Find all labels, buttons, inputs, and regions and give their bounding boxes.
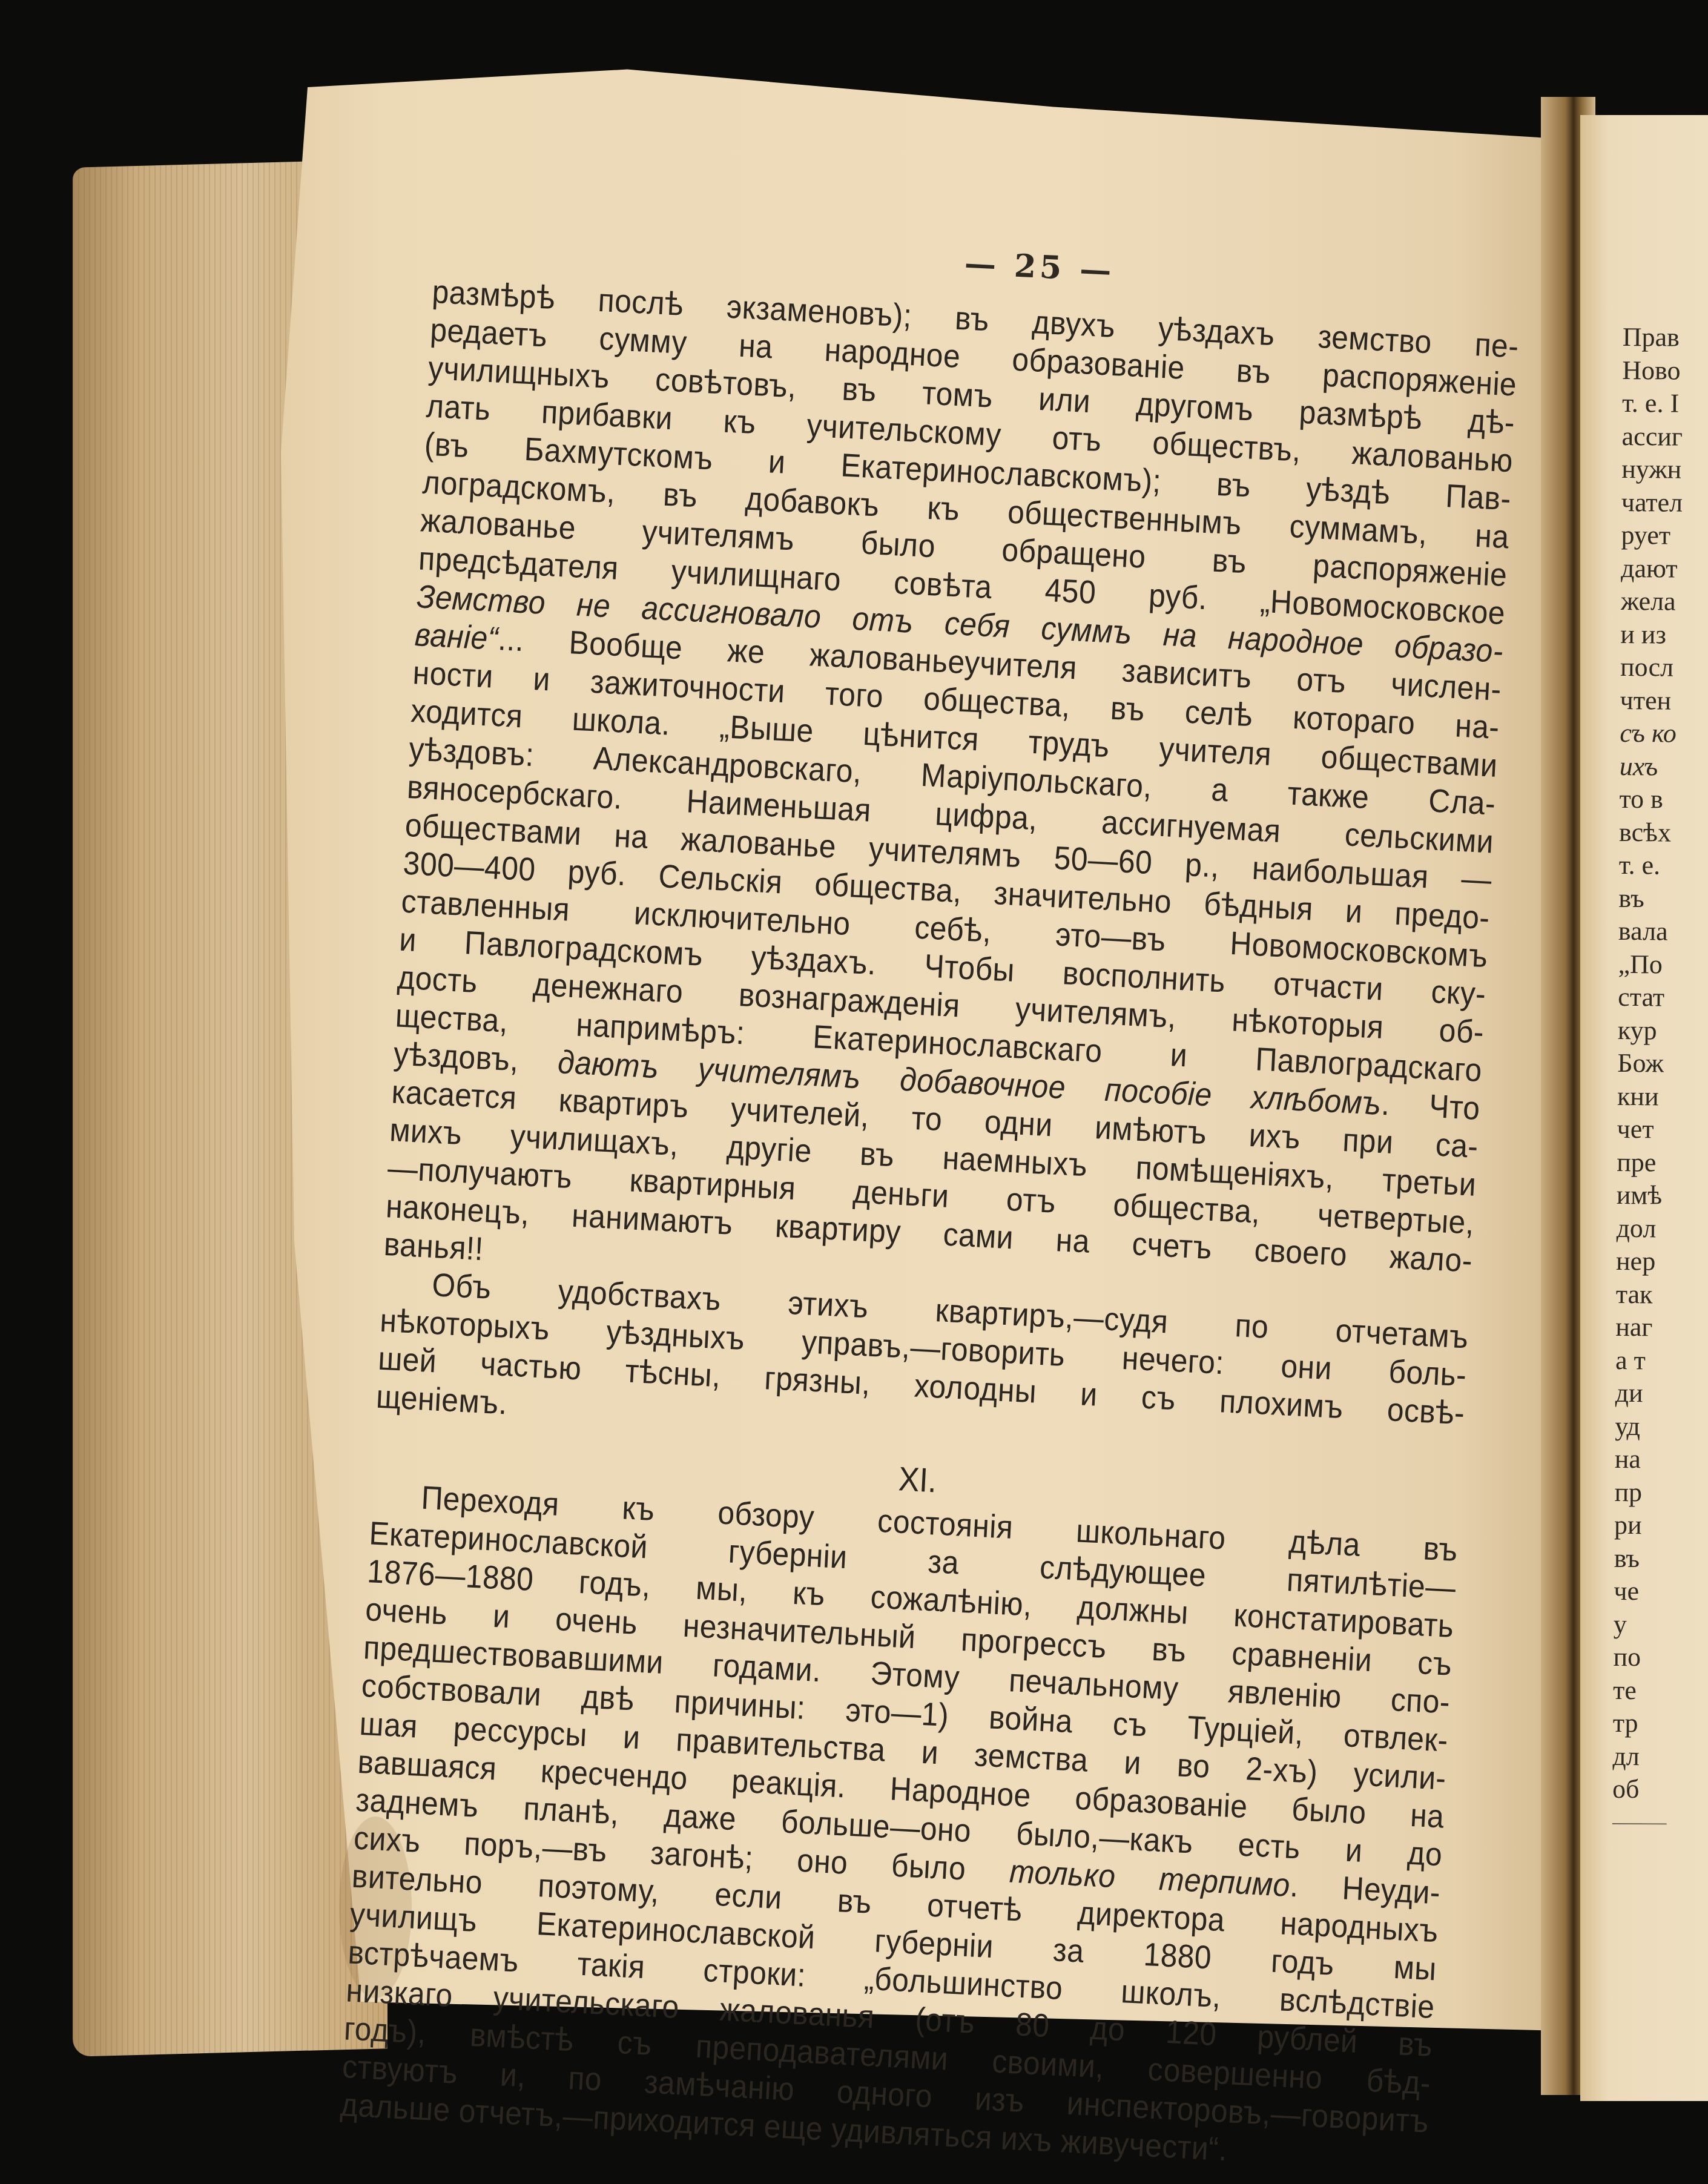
right-page-line: имѣ — [1617, 1179, 1708, 1213]
right-page-line: чател — [1621, 486, 1708, 520]
right-page-line: пре — [1617, 1146, 1708, 1179]
right-page-line: дл — [1612, 1740, 1708, 1773]
right-page-line: нужн — [1621, 453, 1708, 487]
paragraph-1-cont: ности и зажиточности того общества, въ с… — [395, 654, 1503, 1090]
right-page-line: нер — [1616, 1245, 1708, 1279]
right-page-line: об — [1612, 1773, 1708, 1807]
right-page-line: уд — [1615, 1410, 1708, 1443]
right-page-line: и из — [1620, 618, 1708, 652]
right-page-line: Бож — [1617, 1047, 1708, 1081]
right-page-line: чтен — [1620, 684, 1708, 718]
right-page-line: то в — [1619, 783, 1708, 817]
text-fragment: . Что — [1380, 1086, 1481, 1127]
text-fragment: уѣздовъ, — [393, 1035, 559, 1080]
right-page-line: тр — [1613, 1707, 1708, 1741]
right-page-line: всѣх — [1619, 816, 1708, 850]
right-page-line: въ — [1618, 882, 1708, 915]
right-page-line: жела — [1621, 585, 1708, 619]
right-page-line: на — [1615, 1443, 1708, 1477]
right-page-line: кни — [1617, 1080, 1708, 1113]
right-page-line: че — [1614, 1575, 1708, 1609]
left-page-text: — 25 — размѣрѣ послѣ экзаменовъ); въ дву… — [340, 218, 1525, 2179]
right-page-text-fragment: ПравНовот. е. Iассигнужнчателруетдаютжел… — [1612, 321, 1708, 1825]
right-page-line-italic: съ ко — [1620, 717, 1708, 751]
right-page-line: вала — [1618, 915, 1708, 949]
right-page-line: посл — [1620, 651, 1708, 685]
right-page-line: въ — [1614, 1542, 1708, 1575]
right-page-line-italic: ихъ — [1620, 750, 1708, 784]
right-page-line: те — [1613, 1674, 1708, 1707]
text-fragment: . Неуди- — [1289, 1867, 1441, 1911]
right-page-line: ассиг — [1621, 420, 1708, 454]
paragraph-3-cont: вительно поэтому, если въ отчетѣ директо… — [340, 1858, 1442, 2180]
right-page-line: т. е. I — [1622, 387, 1708, 421]
paragraph-1: размѣрѣ послѣ экзаменовъ); въ двухъ уѣзд… — [418, 273, 1522, 633]
right-page-line: по — [1613, 1641, 1708, 1675]
paragraph-3: Переходя къ обзору состоянія школьнаго д… — [355, 1476, 1460, 1874]
right-page-line: Ново — [1622, 354, 1708, 388]
right-page-line: кур — [1618, 1014, 1708, 1047]
right-page-line: так — [1616, 1278, 1708, 1311]
right-page-line: Прав — [1623, 321, 1708, 355]
right-page-line: т. е. — [1619, 849, 1708, 883]
right-page-line: у — [1614, 1608, 1708, 1641]
right-page-line: стат — [1618, 981, 1708, 1015]
right-page-line: наг — [1615, 1311, 1708, 1345]
right-page-line: ри — [1614, 1509, 1708, 1543]
right-page-line: пр — [1614, 1476, 1708, 1509]
right-page-line: чет — [1617, 1113, 1708, 1147]
right-page-line: рует — [1621, 519, 1708, 553]
right-page-line: „По — [1618, 948, 1708, 981]
right-page-line: а т — [1615, 1344, 1708, 1377]
italic-fragment: ваніе“ — [414, 616, 500, 657]
right-page-line: дол — [1616, 1212, 1708, 1245]
right-page-line: дают — [1621, 552, 1708, 586]
right-page-line: ди — [1615, 1377, 1708, 1411]
